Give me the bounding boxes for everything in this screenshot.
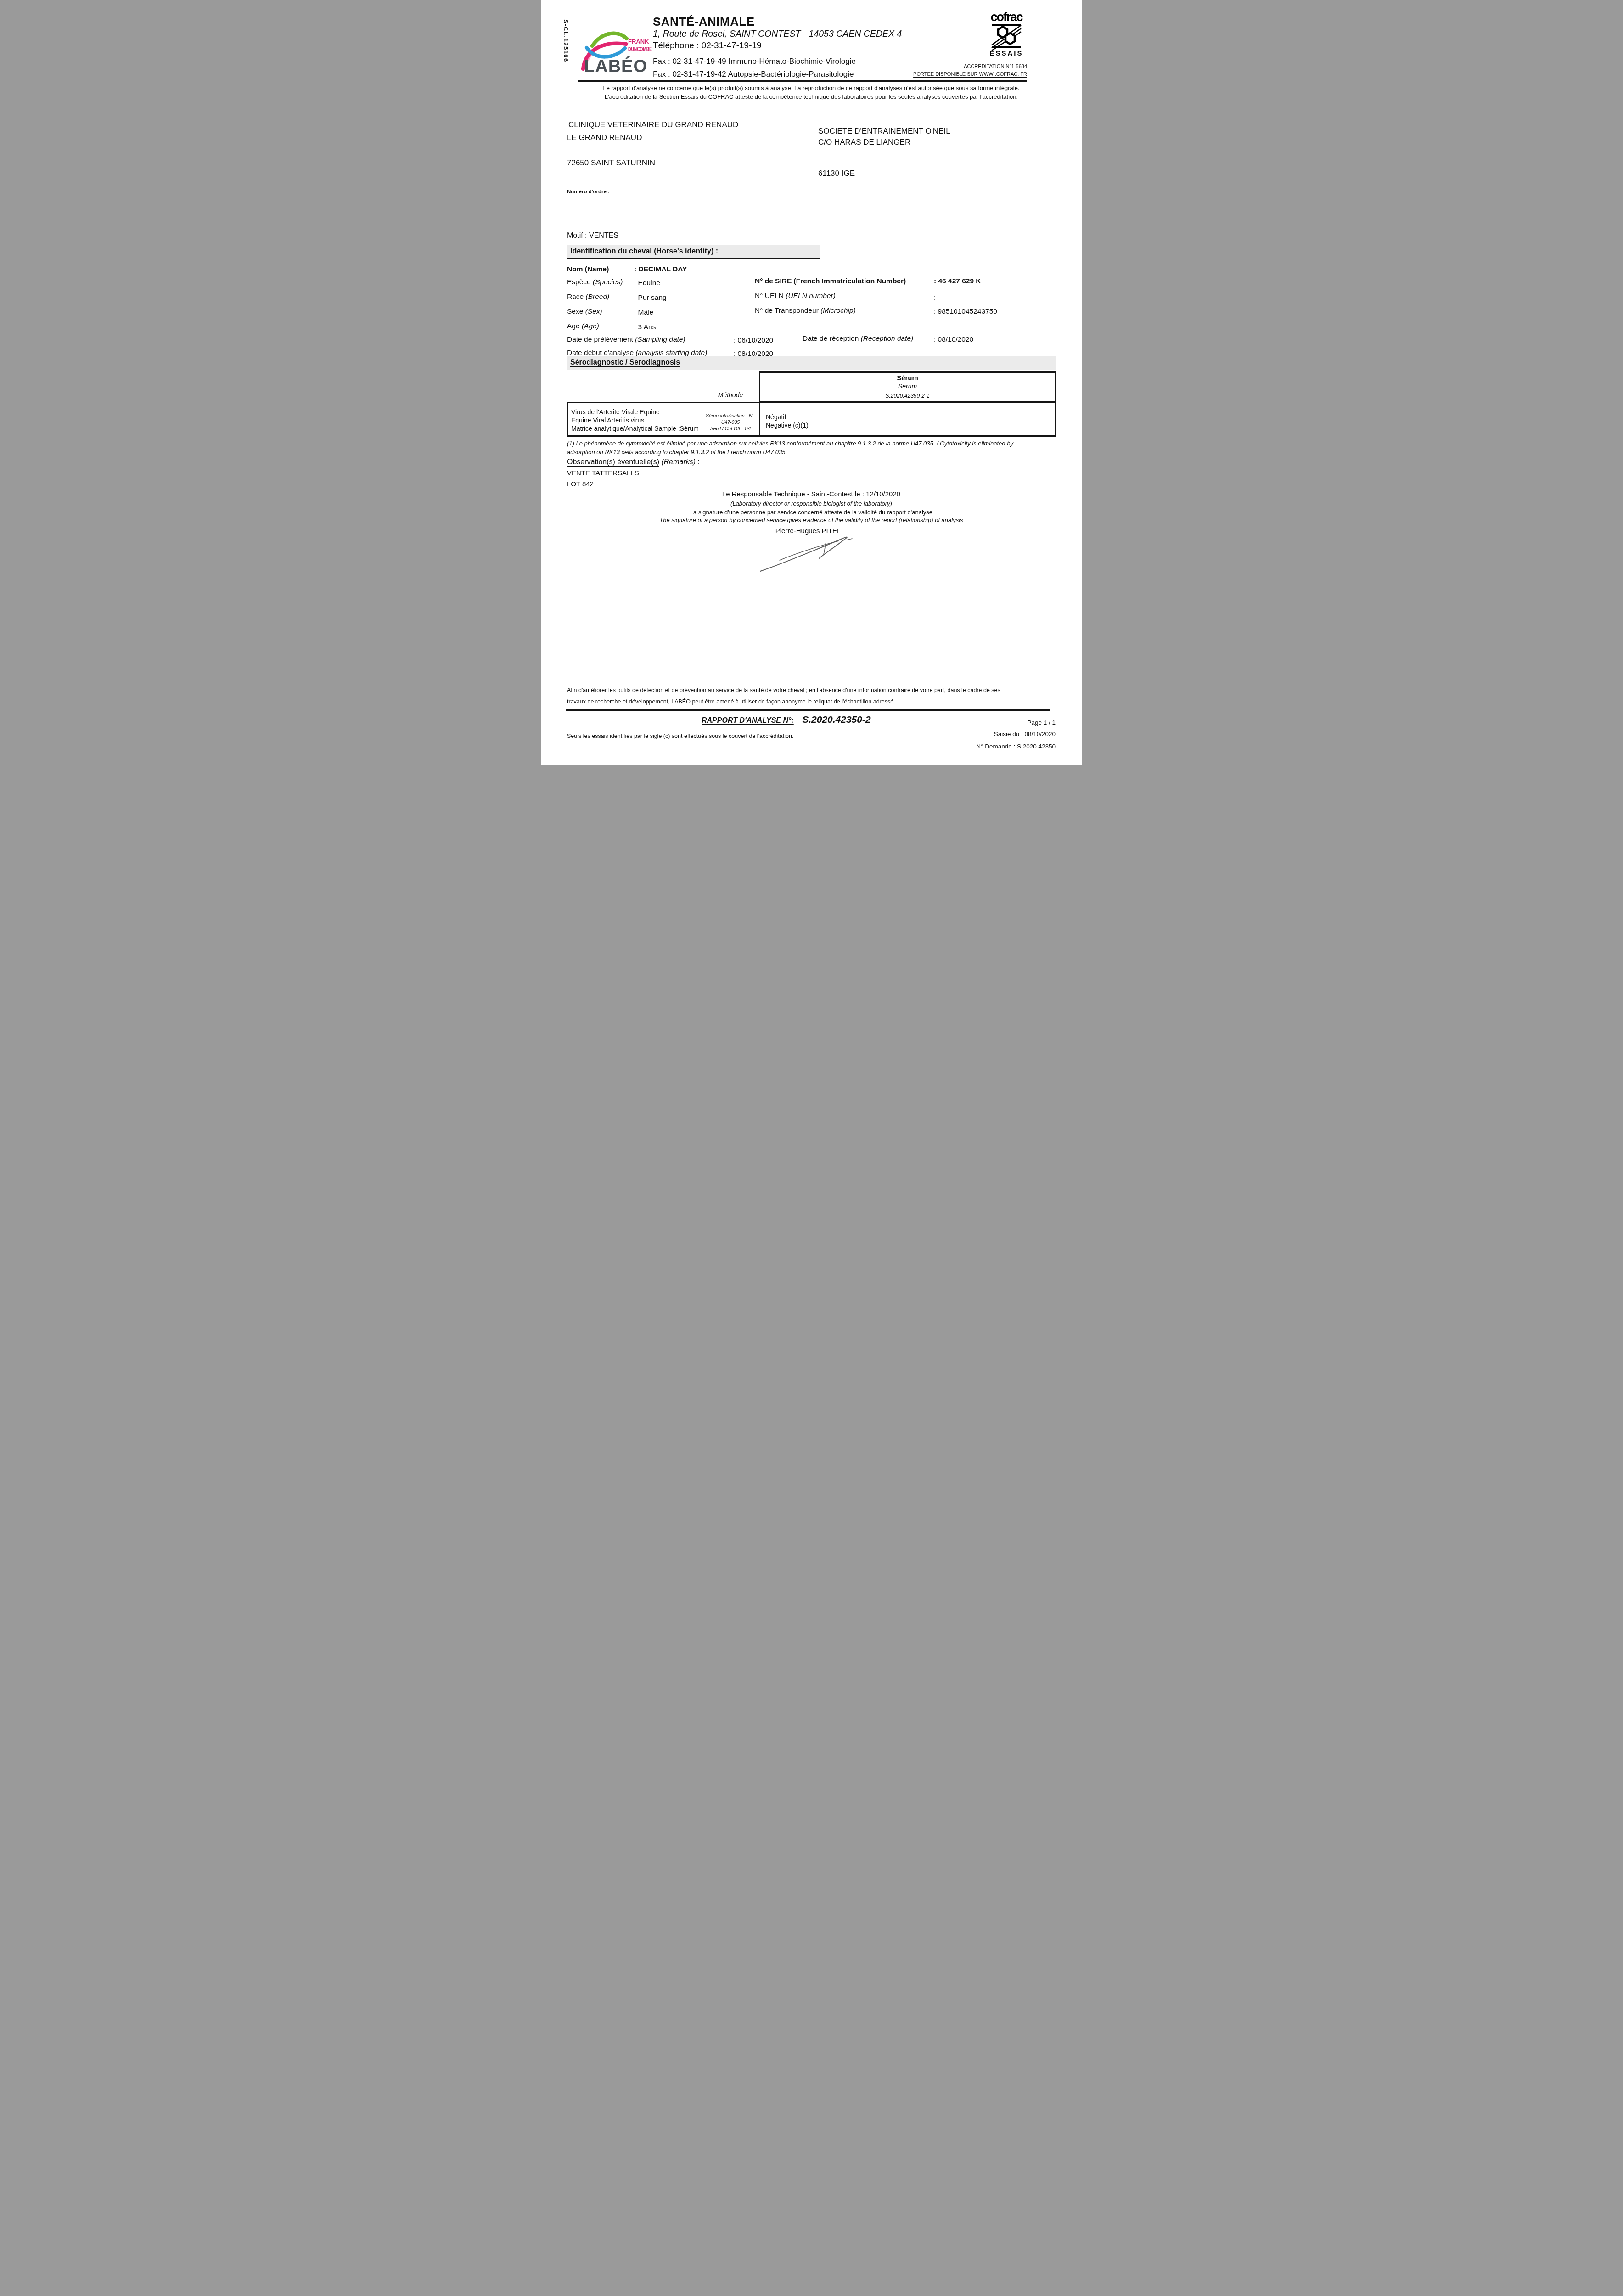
footer-notice-line1: Afin d'améliorer les outils de détection… <box>567 687 1000 693</box>
table-separator-2 <box>759 402 760 437</box>
signoff-signature-notice-fr: La signature d'une personne par service … <box>567 509 1056 516</box>
footnote-line1: (1) Le phénomène de cytotoxicité est éli… <box>567 440 1013 447</box>
signoff-signature-notice-en: The signature of a person by concerned s… <box>567 517 1056 523</box>
cofrac-top-bar <box>992 24 1021 26</box>
horse-name-value: : DECIMAL DAY <box>634 265 687 274</box>
demande-number: N° Demande : S.2020.42350 <box>976 743 1056 750</box>
breed-value: : Pur sang <box>634 294 667 302</box>
analyte-cell: Virus de l'Arterite Virale Equine Equine… <box>571 408 699 433</box>
result-cell: Négatif Negative (c)(1) <box>766 413 809 429</box>
species-value: : Equine <box>634 279 660 287</box>
report-number-label: RAPPORT D'ANALYSE N°: <box>702 717 794 725</box>
cofrac-portee-link: PORTEE DISPONIBLE SUR WWW .COFRAC. FR <box>913 72 1027 77</box>
owner-city: 61130 IGE <box>818 169 855 178</box>
labeo-logo: FRANK DUNCOMBE LABÉO <box>578 25 653 76</box>
cofrac-stripes-bottom-left <box>992 37 1006 51</box>
sire-value: : 46 427 629 K <box>934 277 981 286</box>
sample-id: S.2020.42350-2-1 <box>759 393 1056 399</box>
clinic-city: 72650 SAINT SATURNIN <box>567 158 655 168</box>
order-number-label: Numéro d'ordre : <box>567 189 610 195</box>
footer-notice-line2: travaux de recherche et développement, L… <box>567 698 895 705</box>
clinic-address: LE GRAND RENAUD <box>567 133 642 142</box>
remarks-line1: VENTE TATTERSALLS <box>567 469 639 477</box>
header-address: 1, Route de Rosel, SAINT-CONTEST - 14053… <box>653 29 902 39</box>
ueln-value: : <box>934 294 936 302</box>
header-title: SANTÉ-ANIMALE <box>653 15 755 29</box>
header-rule <box>578 80 1027 82</box>
sampling-date-value: : 06/10/2020 <box>734 337 773 345</box>
report-number: S.2020.42350-2 <box>802 715 870 725</box>
signoff-director-line: (Laboratory director or responsible biol… <box>567 500 1056 507</box>
ueln-label: N° UELN (UELN number) <box>755 292 836 300</box>
reception-date-value: : 08/10/2020 <box>934 336 973 344</box>
cofrac-wordmark: cofrac <box>990 11 1023 24</box>
logo-brand-text: LABÉO <box>584 56 647 76</box>
remarks-line2: LOT 842 <box>567 480 594 488</box>
sire-label: N° de SIRE (French Immatriculation Numbe… <box>755 277 906 286</box>
cofrac-logo: cofrac ESSAIS <box>990 11 1023 60</box>
motif-line: Motif : VENTES <box>567 232 618 240</box>
clinic-name: CLINIQUE VETERINAIRE DU GRAND RENAUD <box>568 120 738 129</box>
sample-type-fr: Sérum <box>759 374 1056 382</box>
method-cell: Séroneutralisation - NF U47-035 Seuil / … <box>702 413 758 432</box>
report-page: S-CL.125166 FRANK DUNCOMBE LABÉO SANTÉ-A… <box>541 0 1082 765</box>
page-indicator: Page 1 / 1 <box>1027 719 1056 726</box>
owner-name: SOCIETE D'ENTRAINEMENT O'NEIL <box>818 127 950 136</box>
saisie-date: Saisie du : 08/10/2020 <box>994 731 1056 737</box>
age-value: : 3 Ans <box>634 323 656 332</box>
sampling-date-label: Date de prélèvement (Sampling date) <box>567 336 685 344</box>
cofrac-accreditation-number: ACCREDITATION N°1-5684 <box>964 64 1027 69</box>
logo-frank-text: FRANK <box>628 38 649 45</box>
signature-image <box>756 533 862 575</box>
sex-label: Sexe (Sex) <box>567 308 602 316</box>
method-column-header: Méthode <box>702 391 759 399</box>
microchip-value: : 985101045243750 <box>934 308 997 316</box>
disclaimer-line2: L'accréditation de la Section Essais du … <box>567 93 1056 100</box>
microchip-label: N° de Transpondeur (Microchip) <box>755 307 856 315</box>
owner-address: C/O HARAS DE LIANGER <box>818 138 910 147</box>
report-number-line: RAPPORT D'ANALYSE N°: S.2020.42350-2 <box>702 715 871 726</box>
header-fax1: Fax : 02-31-47-19-49 Immuno-Hémato-Bioch… <box>653 57 856 66</box>
remarks-title: Observation(s) éventuelle(s) (Remarks) : <box>567 458 700 467</box>
header-phone: Téléphone : 02-31-47-19-19 <box>653 41 762 51</box>
header-fax2: Fax : 02-31-47-19-42 Autopsie-Bactériolo… <box>653 70 854 79</box>
footnote-line2: adsorption on RK13 cells according to ch… <box>567 449 787 456</box>
breed-label: Race (Breed) <box>567 293 609 301</box>
cofrac-hexagon-2 <box>1005 33 1015 44</box>
species-label: Espèce (Species) <box>567 278 623 287</box>
sex-value: : Mâle <box>634 309 653 317</box>
disclaimer-line1: Le rapport d'analyse ne concerne que le(… <box>567 84 1056 91</box>
logo-duncombe-text: DUNCOMBE <box>628 46 652 52</box>
signoff-responsible-line: Le Responsable Technique - Saint-Contest… <box>567 490 1056 498</box>
accreditation-note: Seuls les essais identifiés par le sigle… <box>567 733 793 739</box>
cofrac-essais-text: ESSAIS <box>990 50 1023 57</box>
serology-section-title: Sérodiagnostic / Serodiagnosis <box>570 359 680 367</box>
identity-section-title: Identification du cheval (Horse's identi… <box>570 248 718 256</box>
cofrac-bottom-bar <box>992 46 1021 48</box>
sample-type-en: Serum <box>759 383 1056 390</box>
reception-date-label: Date de réception (Reception date) <box>803 335 913 343</box>
footer-rule <box>566 709 1050 711</box>
sample-code-vertical: S-CL.125166 <box>562 19 569 62</box>
horse-name-label: Nom (Name) <box>567 265 609 274</box>
age-label: Age (Age) <box>567 322 599 331</box>
